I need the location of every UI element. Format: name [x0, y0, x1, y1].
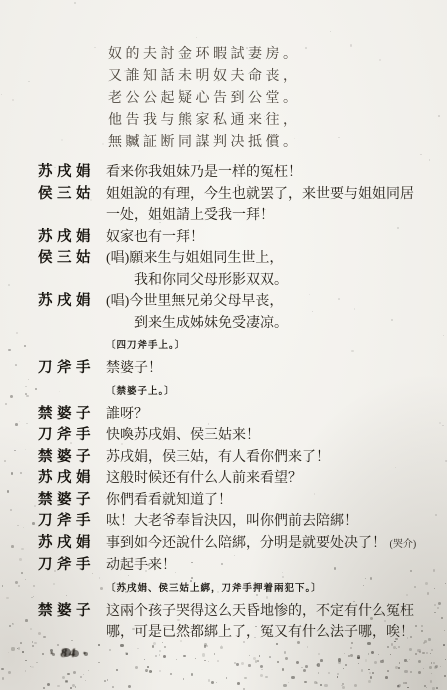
stage-direction: 〔四刀斧手上。〕: [106, 336, 425, 356]
speaker-name: 苏戌娟: [38, 291, 106, 313]
dialogue-text: (唱)願来生与姐姐同生世上， 我和你同父母形影双双。: [106, 248, 288, 291]
sung-line: (唱)今世里無兄弟父母早丧，: [106, 291, 288, 313]
dialogue-text: 动起手来！: [106, 555, 176, 577]
speaker-name: 苏戌娟: [38, 162, 106, 184]
speaker-name: 刀斧手: [38, 555, 106, 577]
dialogue-text: 看来你我姐妹乃是一样的冤枉！: [106, 162, 302, 184]
script-row: 禁婆子 苏戌娟，侯三姑，有人看你們来了！: [38, 447, 425, 469]
script-row: 苏戌娟 (唱)今世里無兄弟父母早丧， 到来生成姊妹免受凄凉。: [38, 291, 425, 334]
sung-line-continuation: 我和你同父母形影双双。: [106, 270, 288, 292]
speaker-name: 刀斧手: [38, 425, 106, 447]
stage-direction: 〔禁婆子上。〕: [106, 382, 425, 402]
dialogue-text: 苏戌娟，侯三姑，有人看你們来了！: [106, 447, 330, 469]
speaker-name: 苏戌娟: [38, 468, 106, 490]
sung-line-continuation: 到来生成姊妹免受凄凉。: [106, 313, 288, 335]
stage-direction: 〔苏戌娟、侯三姑上綁，刀斧手押着兩犯下。〕: [106, 579, 425, 599]
script-row: 侯三姑 (唱)願来生与姐姐同生世上， 我和你同父母形影双双。: [38, 248, 425, 291]
script-row: 禁婆子 这兩个孩子哭得这么天昏地惨的，不定有什么冤枉哪，可是已然都綁上了，冤又有…: [38, 601, 425, 644]
script-row: 刀斧手 呔！大老爷奉旨決囚，叫你們前去陪綁！: [38, 511, 425, 533]
verse-line: 他告我与熊家私通来往，: [108, 110, 425, 132]
speaker-name: 苏戌娟: [38, 227, 106, 249]
page-content: 奴的夫討金环暇試妻房。 又誰知話未明奴夫命丧， 老公公起疑心告到公堂。 他告我与…: [38, 44, 425, 644]
speaker-name: 侯三姑: [38, 248, 106, 270]
speaker-name: 禁婆子: [38, 404, 106, 426]
script-row: 禁婆子 你們看看就知道了！: [38, 490, 425, 512]
script-row: 刀斧手 禁婆子！: [38, 358, 425, 380]
verse-line: 奴的夫討金环暇試妻房。: [108, 44, 425, 66]
speaker-name: 禁婆子: [38, 490, 106, 512]
page-number: · 84 ·: [50, 645, 88, 661]
speaker-name: 刀斧手: [38, 358, 106, 380]
speaker-name: 禁婆子: [38, 601, 106, 623]
dialogue-text: 誰呀？: [106, 404, 148, 426]
aside-note: (哭介): [390, 539, 417, 550]
verse-line: 老公公起疑心告到公堂。: [108, 88, 425, 110]
script-row: 禁婆子 誰呀？: [38, 404, 425, 426]
dialogue-text: 奴家也有一拜！: [106, 227, 204, 249]
dialogue-line: 事到如今还說什么陪綁，分明是就要处决了！: [106, 536, 386, 551]
speaker-name: 侯三姑: [38, 184, 106, 206]
sung-line: (唱)願来生与姐姐同生世上，: [106, 248, 288, 270]
dialogue-text: (唱)今世里無兄弟父母早丧， 到来生成姊妹免受凄凉。: [106, 291, 288, 334]
dialogue-text: 你們看看就知道了！: [106, 490, 232, 512]
dialogue-text: 这般时候还有什么人前来看望？: [106, 468, 302, 490]
verse-block: 奴的夫討金环暇試妻房。 又誰知話未明奴夫命丧， 老公公起疑心告到公堂。 他告我与…: [38, 44, 425, 154]
verse-line: 又誰知話未明奴夫命丧，: [108, 66, 425, 88]
scanned-page: 奴的夫討金环暇試妻房。 又誰知話未明奴夫命丧， 老公公起疑心告到公堂。 他告我与…: [0, 0, 447, 690]
script-row: 苏戌娟 事到如今还說什么陪綁，分明是就要处决了！ (哭介): [38, 533, 425, 556]
verse-line: 無贓証断同謀判决抵償。: [108, 132, 425, 154]
dialogue-text: 快喚苏戌娟、侯三姑来！: [106, 425, 260, 447]
dialogue-text: 这兩个孩子哭得这么天昏地惨的，不定有什么冤枉哪，可是已然都綁上了，冤又有什么法子…: [106, 601, 422, 644]
script-row: 刀斧手 动起手来！: [38, 555, 425, 577]
speaker-name: 禁婆子: [38, 447, 106, 469]
script-row: 苏戌娟 奴家也有一拜！: [38, 227, 425, 249]
script-row: 苏戌娟 这般时候还有什么人前来看望？: [38, 468, 425, 490]
script-row: 侯三姑 姐姐說的有理，今生也就罢了，来世要与姐姐同居一处，姐姐請上受我一拜！: [38, 184, 425, 227]
dialogue-text: 呔！大老爷奉旨決囚，叫你們前去陪綁！: [106, 511, 358, 533]
speaker-name: 刀斧手: [38, 511, 106, 533]
dialogue-text: 姐姐說的有理，今生也就罢了，来世要与姐姐同居一处，姐姐請上受我一拜！: [106, 184, 422, 227]
dialogue-text: 事到如今还說什么陪綁，分明是就要处决了！ (哭介): [106, 533, 416, 556]
script-row: 刀斧手 快喚苏戌娟、侯三姑来！: [38, 425, 425, 447]
speaker-name: 苏戌娟: [38, 533, 106, 555]
dialogue-text: 禁婆子！: [106, 358, 162, 380]
script-row: 苏戌娟 看来你我姐妹乃是一样的冤枉！: [38, 162, 425, 184]
